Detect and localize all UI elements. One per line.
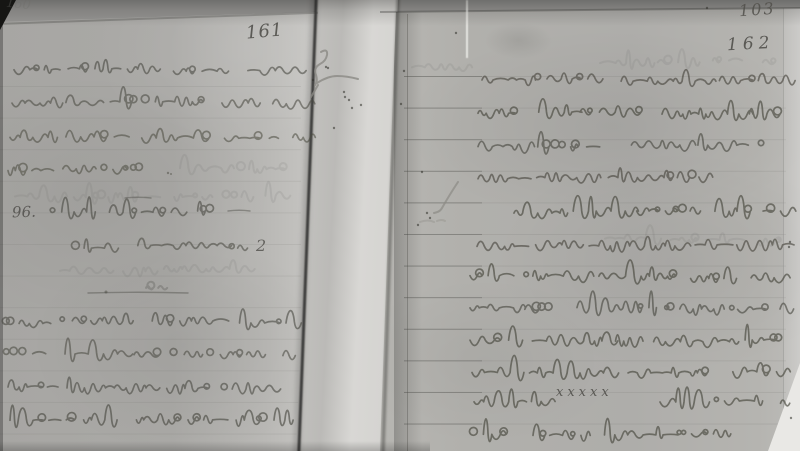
right-page [380, 0, 800, 451]
paper-crease [466, 0, 468, 58]
ruled-lines-left [0, 68, 301, 447]
left-scan-edge [0, 0, 3, 451]
left-page [0, 12, 317, 451]
fold-shadow [394, 0, 422, 451]
manuscript-scan: 160 161 103 162 96. 2 xxxxx [0, 0, 800, 451]
